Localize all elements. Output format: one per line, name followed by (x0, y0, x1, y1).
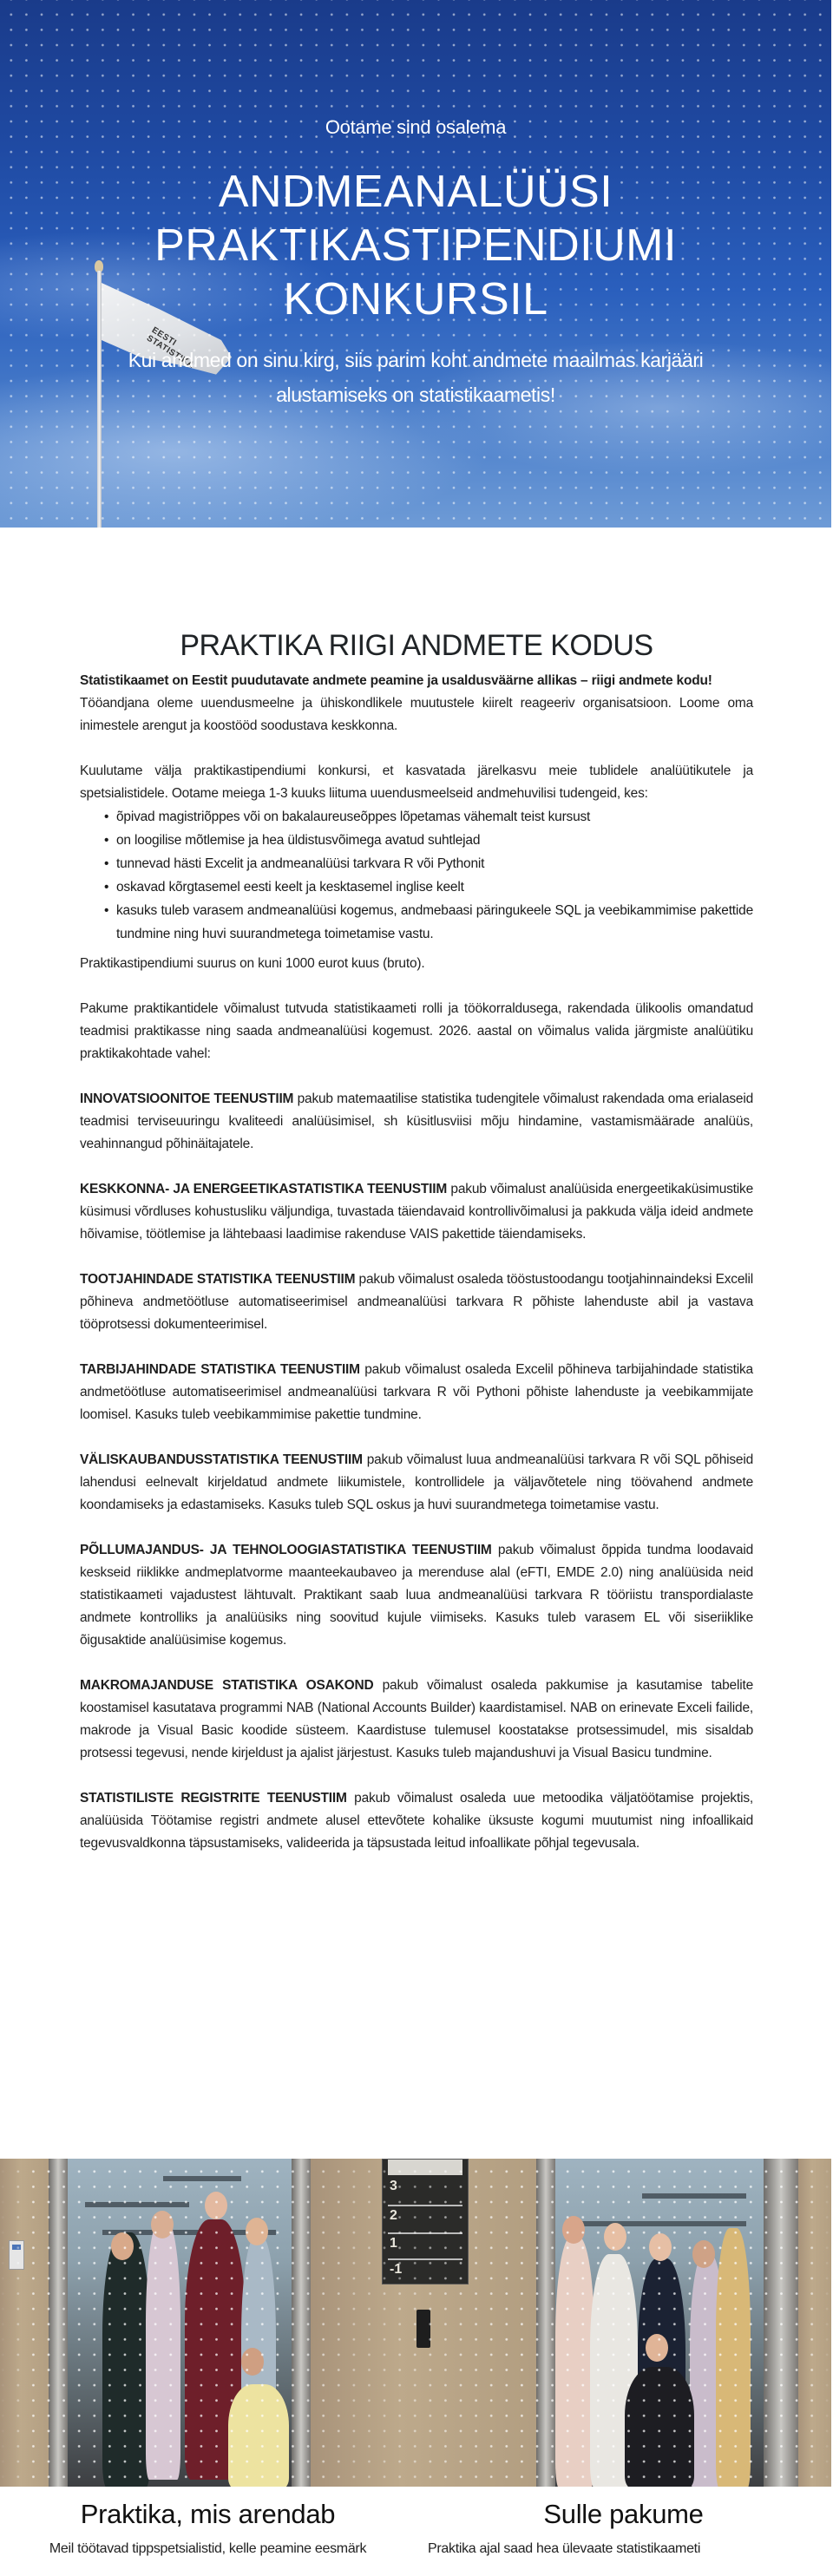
positions-list: INNOVATSIOONITOE TEENUSTIIM pakub matema… (80, 1065, 753, 1855)
position-item: KESKKONNA- JA ENERGEETIKASTATISTIKA TEEN… (80, 1178, 753, 1246)
list-item: kasuks tuleb varasem andmeanalüüsi kogem… (106, 899, 753, 946)
position-team: PÕLLUMAJANDUS- JA TEHNOLOOGIASTATISTIKA … (80, 1543, 492, 1557)
feature-text: Praktika ajal saad hea ülevaate statisti… (416, 2541, 831, 2557)
hero-subtitle: Kui andmed on sinu kirg, siis parim koht… (87, 343, 744, 412)
intro-call: Kuulutame välja praktikastipendiumi konk… (80, 760, 753, 805)
position-item: TOOTJAHINDADE STATISTIKA TEENUSTIIM paku… (80, 1268, 753, 1336)
list-item: on loogilise mõtlemise ja hea üldistusvõ… (106, 829, 753, 852)
position-team: TARBIJAHINDADE STATISTIKA TEENUSTIIM (80, 1362, 360, 1377)
feature-title: Sulle pakume (416, 2496, 831, 2533)
position-team: VÄLISKAUBANDUSSTATISTIKA TEENUSTIIM (80, 1452, 363, 1467)
team-photo: 3 2 1 -1 (0, 2159, 831, 2487)
list-item: oskavad kõrgtasemel eesti keelt ja keskt… (106, 875, 753, 899)
hero-banner: EESTI STATISTIKA Ootame sind osalema AND… (0, 0, 831, 528)
position-item: PÕLLUMAJANDUS- JA TEHNOLOOGIASTATISTIKA … (80, 1539, 753, 1652)
position-item: MAKROMAJANDUSE STATISTIKA OSAKOND pakub … (80, 1675, 753, 1765)
hero-kicker: Ootame sind osalema (0, 116, 831, 139)
main-content: PRAKTIKA RIIGI ANDMETE KODUS Statistikaa… (80, 629, 753, 1855)
stipend-amount: Praktikastipendiumi suurus on kuni 1000 … (80, 953, 753, 975)
dot-grid-overlay (0, 2159, 831, 2487)
position-team: TOOTJAHINDADE STATISTIKA TEENUSTIIM (80, 1272, 355, 1287)
intro-lead-text: Tööandjana oleme uuendusmeelne ja ühisko… (80, 696, 753, 733)
feature-offer: Sulle pakume Praktika ajal saad hea ülev… (416, 2496, 831, 2557)
position-team: STATISTILISTE REGISTRITE TEENUSTIIM (80, 1791, 347, 1806)
position-item: TARBIJAHINDADE STATISTIKA TEENUSTIIM pak… (80, 1359, 753, 1426)
list-item: tunnevad hästi Excelit ja andmeanalüüsi … (106, 852, 753, 875)
position-item: STATISTILISTE REGISTRITE TEENUSTIIM paku… (80, 1787, 753, 1855)
feature-development: Praktika, mis arendab Meil töötavad tipp… (0, 2496, 416, 2557)
intro-offer: Pakume praktikantidele võimalust tutvuda… (80, 998, 753, 1065)
intro-lead: Statistikaamet on Eestit puudutavate and… (80, 670, 753, 737)
feature-text: Meil töötavad tippspetsialistid, kelle p… (0, 2541, 416, 2557)
section-title: PRAKTIKA RIIGI ANDMETE KODUS (80, 629, 753, 663)
position-team: MAKROMAJANDUSE STATISTIKA OSAKOND (80, 1678, 373, 1693)
position-team: INNOVATSIOONITOE TEENUSTIIM (80, 1091, 293, 1106)
position-item: INNOVATSIOONITOE TEENUSTIIM pakub matema… (80, 1088, 753, 1156)
list-item: õpivad magistriõppes või on bakalaureuse… (106, 805, 753, 829)
feature-title: Praktika, mis arendab (0, 2496, 416, 2533)
position-item: VÄLISKAUBANDUSSTATISTIKA TEENUSTIIM paku… (80, 1449, 753, 1517)
hero-title: ANDMEANALÜÜSI PRAKTIKASTIPENDIUMI KONKUR… (0, 165, 831, 326)
requirements-list: õpivad magistriõppes või on bakalaureuse… (106, 805, 753, 946)
intro-lead-bold: Statistikaamet on Eestit puudutavate and… (80, 673, 712, 688)
position-team: KESKKONNA- JA ENERGEETIKASTATISTIKA TEEN… (80, 1182, 447, 1196)
position-description: pakub võimalust õppida tundma loodavaid … (80, 1543, 753, 1648)
